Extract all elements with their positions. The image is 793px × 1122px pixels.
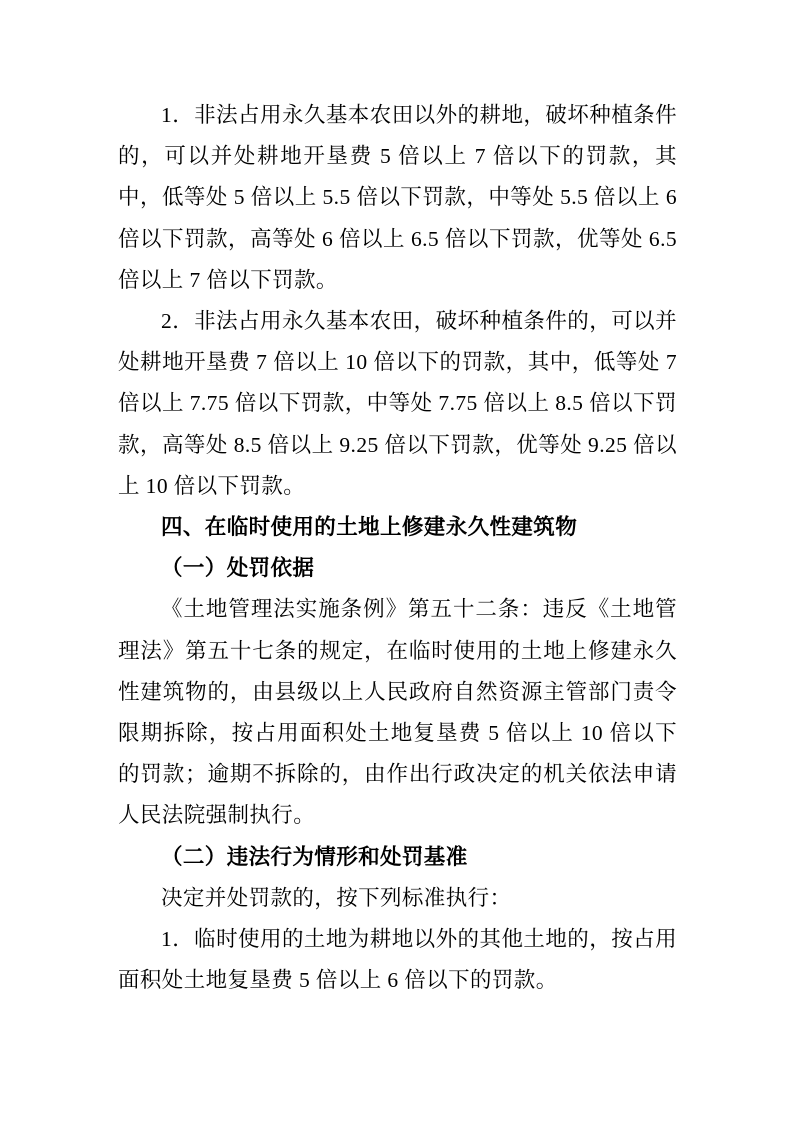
document-page: 1．非法占用永久基本农田以外的耕地，破坏种植条件的，可以并处耕地开垦费 5 倍以… <box>0 0 793 1122</box>
body-paragraph-legal-basis: 《土地管理法实施条例》第五十二条：违反《土地管理法》第五十七条的规定，在临时使用… <box>118 589 677 836</box>
sub-heading-violation-standards: （二）违法行为情形和处罚基准 <box>118 837 677 878</box>
body-paragraph-fine-schedule-2: 2．非法占用永久基本农田，破坏种植条件的，可以并处耕地开垦费 7 倍以上 10 … <box>118 301 677 507</box>
body-paragraph-standards-intro: 决定并处罚款的，按下列标准执行： <box>118 878 677 919</box>
body-paragraph-fine-schedule-1: 1．非法占用永久基本农田以外的耕地，破坏种植条件的，可以并处耕地开垦费 5 倍以… <box>118 95 677 301</box>
sub-heading-penalty-basis: （一）处罚依据 <box>118 548 677 589</box>
section-heading-four: 四、在临时使用的土地上修建永久性建筑物 <box>118 507 677 548</box>
body-paragraph-standard-item-1: 1．临时使用的土地为耕地以外的其他土地的，按占用面积处土地复垦费 5 倍以上 6… <box>118 919 677 1001</box>
